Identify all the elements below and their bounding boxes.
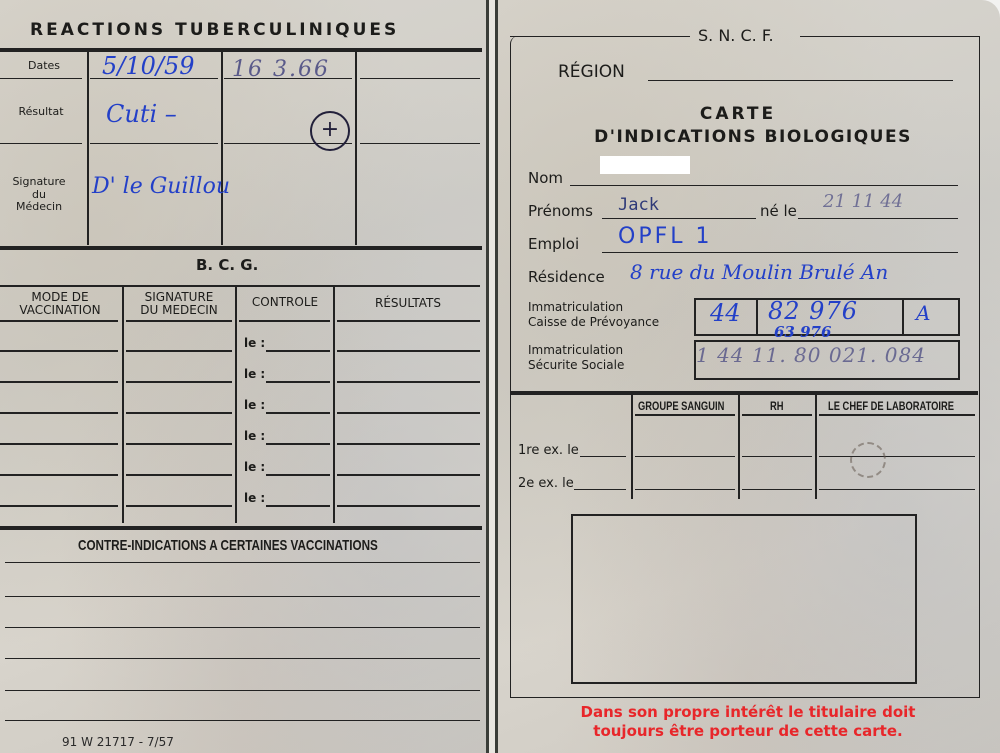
bcg-control-line[interactable]: [266, 443, 330, 445]
nom-label: Nom: [528, 171, 563, 186]
caisse-value-2: 82 976: [768, 299, 858, 323]
grid-line: [355, 50, 357, 245]
row-line: [819, 456, 975, 457]
row-line: [0, 78, 82, 79]
secu-value: 1 44 11. 80 021. 084: [696, 345, 926, 365]
bcg-signature-line[interactable]: [126, 474, 232, 476]
row-line: [90, 143, 218, 144]
bcg-control-line[interactable]: [266, 350, 330, 352]
caisse-value-1: 44: [710, 301, 741, 325]
region-line[interactable]: [648, 80, 953, 81]
signature-label-3: Médecin: [2, 201, 76, 212]
bcg-control-label: le :: [244, 337, 265, 349]
row-line: [635, 456, 735, 457]
bcg-control-label: le :: [244, 461, 265, 473]
col-rh: RH: [770, 400, 784, 412]
bcg-signature-line[interactable]: [126, 350, 232, 352]
signature-label-1: Signature: [2, 176, 76, 187]
bcg-title: B. C. G.: [196, 258, 258, 273]
bcg-mode-line[interactable]: [0, 350, 118, 352]
bcg-result-line[interactable]: [337, 381, 480, 383]
emploi-value: OPFL 1: [618, 226, 712, 248]
row-line: [0, 143, 82, 144]
row-line: [5, 690, 480, 691]
ne-le-value: 21 11 44: [823, 193, 903, 211]
grid-line: [221, 50, 223, 245]
bcg-signature-line[interactable]: [126, 443, 232, 445]
grid-line: [815, 395, 817, 499]
prenoms-label: Prénoms: [528, 204, 593, 219]
first-exam-line[interactable]: [580, 456, 626, 457]
row-line: [742, 414, 812, 416]
grid-line: [235, 287, 237, 523]
row-line: [360, 78, 480, 79]
tuberculin-date-1: 5/10/59: [102, 54, 195, 78]
bcg-control-line[interactable]: [266, 505, 330, 507]
box-divider: [902, 300, 904, 334]
row-line: [742, 489, 812, 490]
row-line: [819, 489, 975, 490]
bcg-mode-line[interactable]: [0, 474, 118, 476]
bcg-result-line[interactable]: [337, 412, 480, 414]
row-line: [360, 143, 480, 144]
caisse-label-1: Immatriculation: [528, 300, 623, 315]
lab-stamp: [850, 442, 886, 478]
nom-line[interactable]: [570, 185, 958, 186]
warning-line-2: toujours être porteur de cette carte.: [518, 723, 978, 740]
card-title-line1: CARTE: [498, 106, 978, 123]
ne-le-label: né le: [760, 204, 797, 219]
divider: [510, 391, 978, 395]
bcg-mode-line[interactable]: [0, 381, 118, 383]
secu-label-2: Sécurite Sociale: [528, 358, 624, 373]
bcg-control-label: le :: [244, 430, 265, 442]
grid-line: [87, 50, 89, 245]
redacted-name: [600, 156, 690, 174]
residence-label: Résidence: [528, 270, 605, 285]
warning-line-1: Dans son propre intérêt le titulaire doi…: [518, 704, 978, 721]
bcg-mode-line[interactable]: [0, 505, 118, 507]
bcg-signature-line[interactable]: [126, 412, 232, 414]
issuer-sncf: S. N. C. F.: [698, 28, 774, 44]
tuberculin-date-2: 16 3.66: [232, 59, 330, 81]
row-line: [5, 658, 480, 659]
photo-box: [571, 514, 917, 684]
bcg-control-label: le :: [244, 399, 265, 411]
bcg-control-label: le :: [244, 492, 265, 504]
col-mode-1: MODE DE: [0, 291, 120, 303]
contraindications-title: CONTRE-INDICATIONS A CERTAINES VACCINATI…: [78, 538, 378, 553]
printer-code: 91 W 21717 - 7/57: [62, 736, 174, 748]
caisse-value-3: A: [916, 303, 930, 323]
card-title-line2: D'INDICATIONS BIOLOGIQUES: [528, 129, 978, 146]
result-label: Résultat: [8, 106, 74, 117]
region-label: RÉGION: [558, 64, 625, 81]
grid-line: [738, 395, 740, 499]
row-line: [635, 489, 735, 490]
second-exam-label: 2e ex. le: [518, 477, 574, 490]
row-line: [337, 320, 480, 322]
secu-label-1: Immatriculation: [528, 343, 623, 358]
bcg-result-line[interactable]: [337, 350, 480, 352]
row-line: [5, 627, 480, 628]
divider: [0, 246, 482, 250]
prenoms-line[interactable]: [602, 218, 756, 219]
divider: [0, 526, 482, 530]
col-signature-1: SIGNATURE: [124, 291, 234, 303]
signature-label-2: du: [2, 189, 76, 200]
bcg-mode-line[interactable]: [0, 443, 118, 445]
box-divider: [756, 300, 758, 334]
col-mode-2: VACCINATION: [0, 304, 120, 316]
col-blood-group: GROUPE SANGUIN: [638, 400, 724, 412]
col-signature-2: DU MEDECIN: [124, 304, 234, 316]
caisse-correction: 63 976: [774, 325, 831, 340]
divider: [0, 48, 482, 52]
emploi-label: Emploi: [528, 237, 579, 252]
grid-line: [122, 287, 124, 523]
bcg-control-line[interactable]: [266, 474, 330, 476]
bcg-result-line[interactable]: [337, 474, 480, 476]
doctor-signature-1: D' le Guillou: [92, 176, 230, 198]
bcg-signature-line[interactable]: [126, 505, 232, 507]
grid-line: [631, 395, 633, 499]
row-line: [5, 720, 480, 721]
emploi-line[interactable]: [602, 252, 958, 253]
col-results: RÉSULTATS: [336, 297, 480, 309]
left-page: REACTIONS TUBERCULINIQUES Dates Résultat…: [0, 0, 489, 753]
grid-line: [333, 287, 335, 523]
tuberculin-title: REACTIONS TUBERCULINIQUES: [30, 22, 399, 39]
row-line: [635, 414, 735, 416]
col-control: CONTROLE: [237, 296, 333, 308]
bcg-mode-line[interactable]: [0, 412, 118, 414]
row-line: [0, 320, 118, 322]
row-line: [742, 456, 812, 457]
bcg-control-label: le :: [244, 368, 265, 380]
bcg-result-line[interactable]: [337, 443, 480, 445]
residence-value: 8 rue du Moulin Brulé An: [630, 262, 888, 282]
row-line: [819, 414, 975, 416]
row-line: [5, 562, 480, 563]
dates-label: Dates: [20, 60, 68, 71]
bcg-control-line[interactable]: [266, 412, 330, 414]
frame-top-left: [510, 36, 690, 37]
bcg-control-line[interactable]: [266, 381, 330, 383]
caisse-label-2: Caisse de Prévoyance: [528, 315, 659, 330]
bcg-result-line[interactable]: [337, 505, 480, 507]
prenoms-value: Jack: [618, 197, 659, 214]
col-lab-chief: LE CHEF DE LABORATOIRE: [828, 400, 954, 412]
right-page: S. N. C. F. RÉGION CARTE D'INDICATIONS B…: [495, 0, 1000, 753]
first-exam-label: 1re ex. le: [518, 444, 579, 457]
second-exam-line[interactable]: [574, 489, 626, 490]
frame-top-right: [800, 36, 980, 37]
row-line: [126, 320, 232, 322]
ne-le-line[interactable]: [798, 218, 958, 219]
tuberculin-result-1: Cuti –: [106, 102, 177, 126]
row-line: [5, 596, 480, 597]
bcg-signature-line[interactable]: [126, 381, 232, 383]
row-line: [239, 320, 330, 322]
divider: [0, 285, 480, 287]
positive-circle-mark: +: [310, 111, 350, 151]
